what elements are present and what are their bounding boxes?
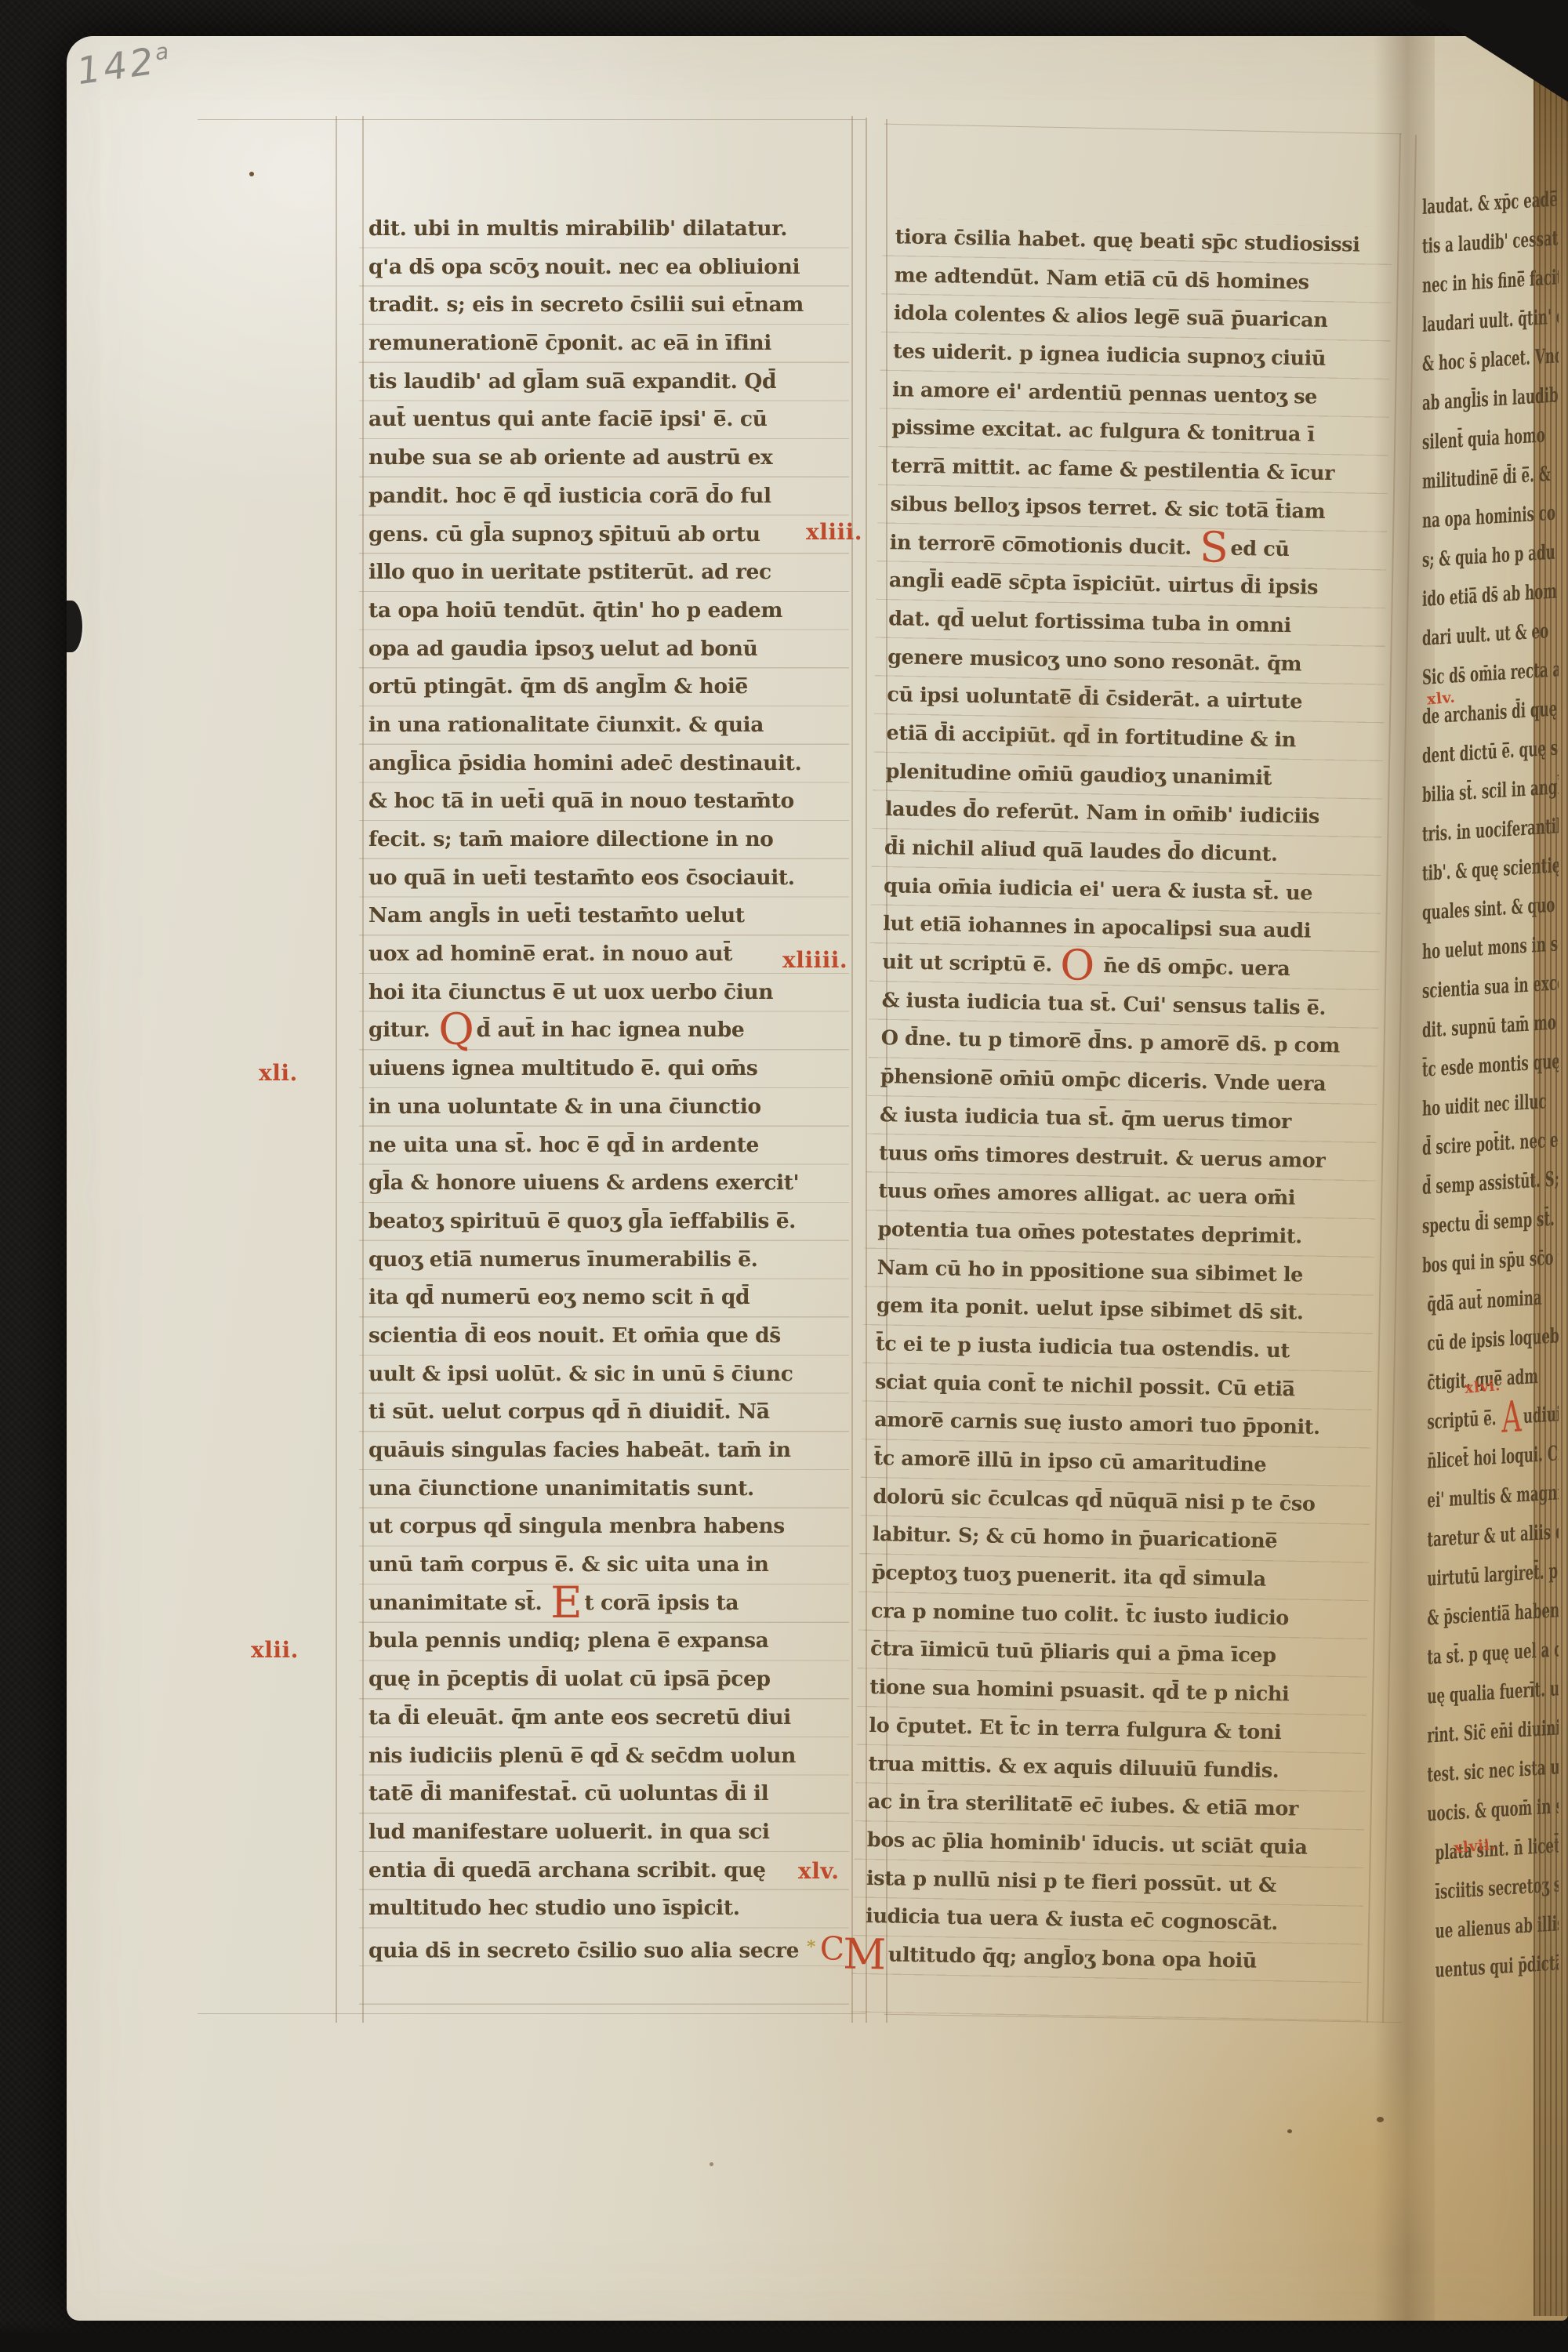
rubric-initial: E <box>550 1577 582 1628</box>
chapter-numeral: xlvii. <box>1453 1836 1496 1857</box>
text-line: uox ad homine̅ erat. in nouo aut̄ <box>359 935 849 974</box>
manuscript-photo: 142a dit. ubi in multis mirabilib' dilat… <box>0 0 1568 2352</box>
text-line: ta st̄. p quę uel a qu <box>1422 1633 1509 1678</box>
text-line: nis iudiciis plenū e̅ qd̄ & sec̄dm uolu… <box>359 1737 849 1776</box>
text-line: lud manifestare uoluerit. in qua sci <box>359 1813 849 1852</box>
text-line: tib'. & quę scientię ei <box>1422 849 1509 894</box>
left-text-column: dit. ubi in multis mirabilib' dilatatur.… <box>359 210 849 2005</box>
chapter-numeral: xliii. <box>806 519 862 545</box>
text-run: ed cū <box>1230 536 1290 561</box>
text-line: fecit. s; tam̄ maiore dilectione in no <box>359 821 849 859</box>
text-line: scriptū e̅. Audiui <box>1422 1398 1509 1443</box>
text-line: bos qui in sp̄u sc̄o u <box>1422 1241 1509 1286</box>
text-line: nube sua se ab oriente ad austrū ex <box>359 439 849 477</box>
text-line: dit. ubi in multis mirabilib' dilatatur. <box>359 210 849 249</box>
text-line: tis a laudib' cessat. s; <box>1422 222 1509 267</box>
text-line: bula pennis undiq; plena e̅ expansa <box>359 1622 849 1661</box>
text-line: taretur & ut aliis e <box>1422 1515 1509 1560</box>
right-text-column: tiora c̄silia habet. quę beati sp̄c stud… <box>851 218 1392 2022</box>
text-line: n̄licet̄ hoi loqui. Ci <box>1422 1437 1509 1482</box>
text-line: scientia sua in excel <box>1422 967 1509 1011</box>
text-line: ti sūt. uelut corpus qd̄ n̄ diuidit̄. N… <box>359 1393 849 1432</box>
text-line: silent̄ quia homo <box>1422 418 1509 463</box>
text-line: spectu d̄i semp st̄. p <box>1422 1202 1509 1247</box>
text-line: uirtutū largiret̄. p <box>1422 1555 1509 1599</box>
text-line: illo quo in ueritate pstiterūt. ad rec <box>359 554 849 592</box>
text-line: unanimitate st̄. Et cora̅ ipsis ta <box>359 1584 849 1623</box>
background-bottom <box>0 2321 1568 2352</box>
text-line: ne uita una st̄. hoc e̅ qd̄ in ardente <box>359 1127 849 1165</box>
text-line: aut̄ uentus qui ante facie̅ ipsi' e̅. cu… <box>359 401 849 439</box>
text-line: laudari uult. q̄tin' e <box>1422 300 1509 345</box>
text-line: cū de ipsis loquebar <box>1422 1319 1509 1364</box>
text-line: quoʒ etia̅ numerus īnumerabilis e̅. <box>359 1241 849 1279</box>
text-line: ab angl̄is in laudib <box>1422 379 1509 423</box>
text-line: opa ad gaudia ipsoʒ uelut ad bonū <box>359 630 849 669</box>
text-line: quales sint. & quo <box>1422 888 1509 933</box>
text-run: gitur. <box>368 1018 437 1042</box>
text-run: t cora̅ ipsis ta <box>584 1591 739 1615</box>
text-line: gens. cū gl̄a supnoʒ sp̄ituū ab ortu <box>359 516 849 554</box>
text-line: uo qua̅ in uet̄i testam̄to eos c̄sociaui… <box>359 859 849 898</box>
text-line: ta opa hoiū tendūt. q̄tin' ho p eadem <box>359 592 849 630</box>
chapter-numeral: xli. <box>259 1060 298 1086</box>
text-line: uocis. & quom̄ in sc <box>1422 1790 1509 1835</box>
rubric-initial: O <box>1060 940 1095 990</box>
text-line: & hoc ta̅ in uet̄i qua̅ in nouo testam̄t… <box>359 782 849 821</box>
text-line: in una uoluntate & in una c̄iunctio <box>359 1088 849 1127</box>
folio-suffix: a <box>154 38 174 66</box>
text-line: una c̄iunctione unanimitatis sunt. <box>359 1470 849 1508</box>
text-run: udiui <box>1523 1403 1559 1428</box>
text-line: ho uelut mons in sc <box>1422 927 1509 972</box>
chapter-numeral: xlv. <box>798 1858 840 1884</box>
text-line: gitur. Qd̄ aut̄ in hac ignea nube <box>359 1011 849 1050</box>
rubric-initial: A <box>1502 1391 1522 1443</box>
chapter-numeral: xlv. <box>1426 688 1456 708</box>
red-paragraph-mark: C <box>820 1930 844 1968</box>
text-line: q'a ds̄ opa scōʒ nouit. nec ea obliuion… <box>359 249 849 287</box>
speck <box>710 2162 713 2166</box>
text-line: scientia d̄i eos nouit. Et om̄ia que ds̄ <box>359 1317 849 1356</box>
chapter-numeral: xliiii. <box>782 947 848 973</box>
text-line: ut corpus qd̄ singula menbra habens <box>359 1508 849 1546</box>
text-line: d̄ scire pot̄it. nec et <box>1422 1123 1509 1168</box>
text-run: scriptū e̅. <box>1427 1406 1501 1435</box>
text-line: unū tam̄ corpus e̅. & sic uita una in <box>359 1546 849 1584</box>
text-run: in terrore̅ co̅motionis ducit. <box>890 531 1199 560</box>
text-line: Nam angl̄s in uet̄i testam̄to uelut <box>359 897 849 935</box>
text-line: q̄da̅ aut̄ nomina <box>1422 1280 1509 1325</box>
text-line: beatoʒ spirituū e̅ quoʒ gl̄a īeffabili… <box>359 1203 849 1241</box>
text-line: quę in p̄ceptis d̄i uolat cū ipsa̅ p̄ce… <box>359 1661 849 1699</box>
speck <box>1377 2117 1384 2122</box>
text-run: d̄ aut̄ in hac ignea nube <box>477 1018 745 1042</box>
text-line: tradit. s; eis in secreto c̄silii sui et… <box>359 286 849 325</box>
ruling-vertical <box>336 116 337 2023</box>
text-line: uult & ipsi uolūt. & sic in unū s̄ c̄i… <box>359 1356 849 1394</box>
speck <box>249 172 254 176</box>
text-run: n̄e ds̄ omp̄c. uera <box>1097 954 1290 981</box>
text-line: remuneratione̅ c̄ponit. ac ea̅ in īfini <box>359 325 849 363</box>
text-line: ita qd̄ numerū eoʒ nemo scit n̄ qd̄ <box>359 1279 849 1317</box>
text-line: quāuis singulas facies habeāt. tam̄ in <box>359 1432 849 1470</box>
ruling-horizontal <box>198 2013 866 2014</box>
text-line: tis laudib' ad gl̄am sua̅ expandit. Qd̄ <box>359 363 849 401</box>
text-line: tate̅ d̄i manifestat̄. cū uoluntas d̄i … <box>359 1775 849 1813</box>
text-line: multitudo hec studio uno īspicit. <box>359 1889 849 1928</box>
text-line: angl̄ica p̄sidia homini adec̄ destinauit… <box>359 745 849 783</box>
text-line: & hoc s̄ placet. Vnd <box>1422 339 1509 384</box>
chapter-numeral: xlvi. <box>1464 1377 1501 1397</box>
text-line: uentus qui p̄dicta̅ <box>1422 1947 1509 1991</box>
rubric-initial: M <box>843 1929 887 1979</box>
text-line: militudine̅ d̄i e̅. & <box>1422 457 1509 502</box>
text-run: uit ut scriptū e̅. <box>882 950 1058 977</box>
text-line: bilia st̄. scil in angl̄ <box>1422 771 1509 815</box>
text-line: s; & quia ho p adu <box>1422 535 1509 580</box>
text-line: rint. Sic̄ en̄i diuini <box>1422 1711 1509 1756</box>
text-line: gl̄a & honore uiuens & ardens exercit' <box>359 1164 849 1203</box>
text-line: t̄c esde montis quę <box>1422 1045 1509 1090</box>
text-line: Multitudo q̄q; angl̄oʒ bona opa hoiū <box>852 1936 1363 1983</box>
text-line: entia d̄i queda̅ archana scribit. quę <box>359 1852 849 1890</box>
text-line: quia ds̄ in secreto c̄silio suo alia sec… <box>359 1928 849 1966</box>
ruling-horizontal <box>198 119 866 120</box>
text-line: pandit. hoc e̅ qd̄ iusticia cora̅ d̄o fu… <box>359 477 849 516</box>
text-run: quia ds̄ in secreto c̄silio suo alia sec… <box>368 1938 799 1962</box>
rubric-initial: S <box>1200 522 1229 572</box>
text-line: dari uult. ut & eo <box>1422 614 1509 659</box>
text-line: uę qualia fuerīt. u <box>1422 1672 1509 1717</box>
text-line: laudat. & xp̄c eade̅ q <box>1422 183 1509 227</box>
text-line: dit. supnū tam̄ mo <box>1422 1006 1509 1051</box>
rubric-initial: Q <box>438 1004 474 1055</box>
speck <box>1287 2129 1292 2133</box>
text-line: hoi ita c̄iunctus e̅ ut uox uerbo c̄iun <box>359 974 849 1012</box>
text-line: test. sic nec ista ue <box>1422 1751 1509 1795</box>
text-line: nec in his fine̅ facit. <box>1422 261 1509 306</box>
text-line: ido etia̅ ds̄ ab hom <box>1422 575 1509 619</box>
text-run: ultitudo q̄q; angl̄oʒ bona opa hoiū <box>888 1943 1258 1973</box>
text-line: na opa hominis co <box>1422 496 1509 541</box>
text-line: ei' multis & magni <box>1422 1476 1509 1521</box>
text-line: ortū ptingāt. q̄m ds̄ angl̄m & hoie̅ <box>359 668 849 706</box>
text-line: dent dictū e̅. quę sc̄ <box>1422 731 1509 776</box>
text-line: ta d̄i eleuāt. q̄m ante eos secretū di… <box>359 1699 849 1737</box>
gold-flourish: * <box>807 1936 815 1956</box>
ruling-vertical <box>851 116 853 2023</box>
text-line: & p̄scientia̅ habenti <box>1422 1594 1509 1639</box>
text-line: ue alienus ab illis <box>1422 1907 1509 1952</box>
text-line: d̄ semp assistūt. S; <box>1422 1163 1509 1207</box>
text-run: unanimitate st̄. <box>368 1591 549 1615</box>
text-line: uiuens ignea multitudo e̅. qui om̄s <box>359 1050 849 1088</box>
chapter-numeral: xlii. <box>251 1637 299 1663</box>
text-line: tris. in uociferantib' <box>1422 810 1509 855</box>
next-page-edge-column: laudat. & xp̄c eade̅ qtis a laudib' cess… <box>1422 180 1559 2007</box>
text-line: ho uidit nec illuc <box>1422 1084 1509 1129</box>
text-line: īsciitis secretoʒ sp <box>1422 1868 1509 1913</box>
text-line: in una rationalitate c̄iunxit. & quia <box>359 706 849 745</box>
